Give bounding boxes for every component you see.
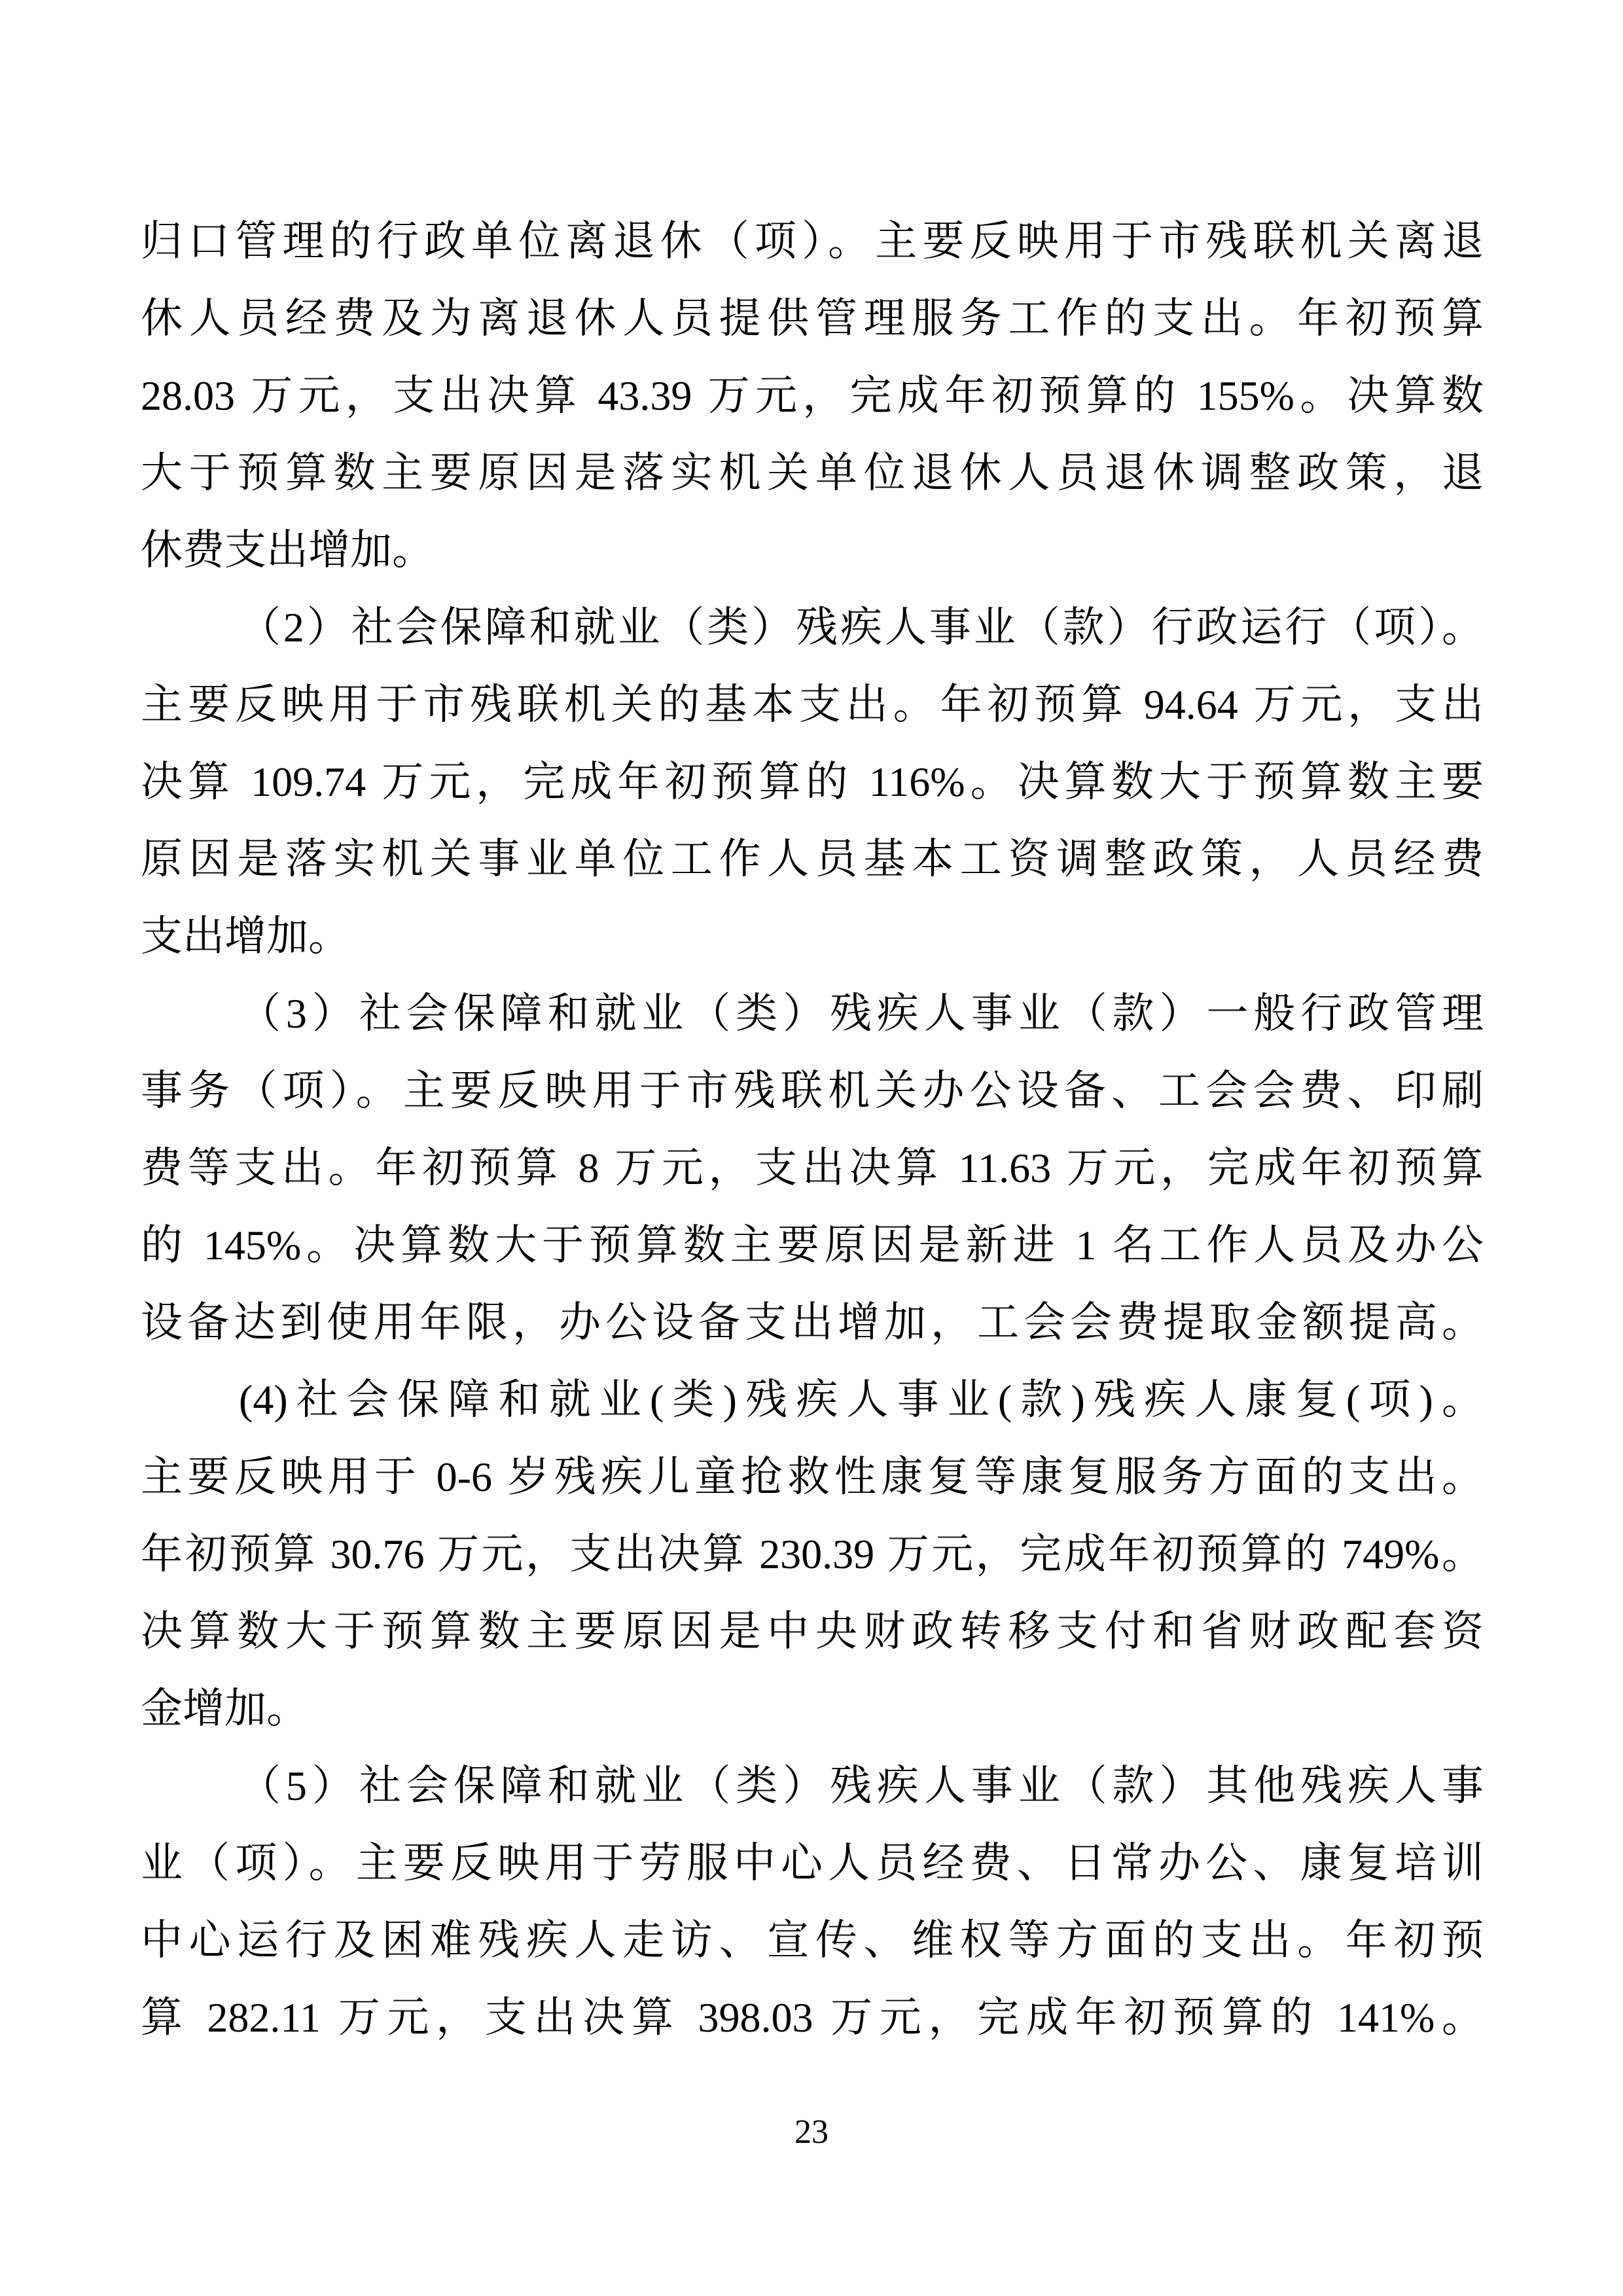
text-line: （5）社会保障和就业（类）残疾人事业（款）其他残疾人事 bbox=[141, 1748, 1484, 1825]
document-page: 归口管理的行政单位离退休（项）。主要反映用于市残联机关离退 休人员经费及为离退休… bbox=[0, 0, 1623, 2296]
text-line: 原因是落实机关事业单位工作人员基本工资调整政策，人员经费 bbox=[141, 821, 1484, 898]
text-line: 的 145%。决算数大于预算数主要原因是新进 1 名工作人员及办公 bbox=[141, 1207, 1484, 1284]
paragraph: （5）社会保障和就业（类）残疾人事业（款）其他残疾人事 业（项）。主要反映用于劳… bbox=[141, 1748, 1484, 2056]
text-line: 归口管理的行政单位离退休（项）。主要反映用于市残联机关离退 bbox=[141, 203, 1484, 280]
text-line: （3）社会保障和就业（类）残疾人事业（款）一般行政管理 bbox=[141, 975, 1484, 1052]
text-line: 业（项）。主要反映用于劳服中心人员经费、日常办公、康复培训 bbox=[141, 1825, 1484, 1902]
text-line: 支出增加。 bbox=[141, 898, 1484, 975]
body-text: 归口管理的行政单位离退休（项）。主要反映用于市残联机关离退 休人员经费及为离退休… bbox=[141, 203, 1484, 2056]
text-line: 中心运行及困难残疾人走访、宣传、维权等方面的支出。年初预 bbox=[141, 1902, 1484, 1979]
text-line: 休费支出增加。 bbox=[141, 512, 1484, 589]
text-line: 费等支出。年初预算 8 万元，支出决算 11.63 万元，完成年初预算 bbox=[141, 1130, 1484, 1207]
text-line: 决算数大于预算数主要原因是中央财政转移支付和省财政配套资 bbox=[141, 1593, 1484, 1670]
text-line: （2）社会保障和就业（类）残疾人事业（款）行政运行（项）。 bbox=[141, 589, 1484, 666]
text-line: 主要反映用于 0-6 岁残疾儿童抢救性康复等康复服务方面的支出。 bbox=[141, 1439, 1484, 1516]
text-line: 决算 109.74 万元，完成年初预算的 116%。决算数大于预算数主要 bbox=[141, 744, 1484, 821]
paragraph: (4)社会保障和就业(类)残疾人事业(款)残疾人康复(项)。 主要反映用于 0-… bbox=[141, 1361, 1484, 1748]
page-number: 23 bbox=[0, 2113, 1623, 2152]
text-line: 年初预算 30.76 万元，支出决算 230.39 万元，完成年初预算的 749… bbox=[141, 1516, 1484, 1593]
text-line: (4)社会保障和就业(类)残疾人事业(款)残疾人康复(项)。 bbox=[141, 1361, 1484, 1439]
text-line: 28.03 万元，支出决算 43.39 万元，完成年初预算的 155%。决算数 bbox=[141, 357, 1484, 435]
text-line: 主要反映用于市残联机关的基本支出。年初预算 94.64 万元，支出 bbox=[141, 666, 1484, 744]
text-line: 金增加。 bbox=[141, 1670, 1484, 1748]
paragraph: 归口管理的行政单位离退休（项）。主要反映用于市残联机关离退 休人员经费及为离退休… bbox=[141, 203, 1484, 589]
text-line: 事务（项）。主要反映用于市残联机关办公设备、工会会费、印刷 bbox=[141, 1052, 1484, 1130]
text-line: 设备达到使用年限，办公设备支出增加，工会会费提取金额提高。 bbox=[141, 1284, 1484, 1361]
paragraph: （2）社会保障和就业（类）残疾人事业（款）行政运行（项）。 主要反映用于市残联机… bbox=[141, 589, 1484, 975]
text-line: 大于预算数主要原因是落实机关单位退休人员退休调整政策，退 bbox=[141, 435, 1484, 512]
text-line: 算 282.11 万元，支出决算 398.03 万元，完成年初预算的 141%。 bbox=[141, 1979, 1484, 2056]
paragraph: （3）社会保障和就业（类）残疾人事业（款）一般行政管理 事务（项）。主要反映用于… bbox=[141, 975, 1484, 1361]
text-line: 休人员经费及为离退休人员提供管理服务工作的支出。年初预算 bbox=[141, 280, 1484, 357]
